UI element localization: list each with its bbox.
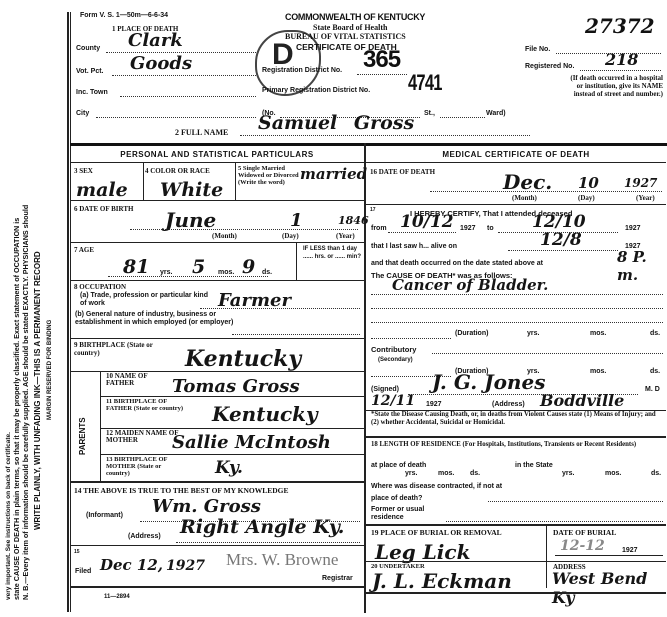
marital-label: 5 Single Married Widowed or Divorced (Wr…	[238, 165, 308, 186]
hospital-note: (If death occurred in a hospital or inst…	[565, 74, 663, 98]
attended-to-value: 12/10	[532, 212, 586, 232]
bureau-title: BUREAU OF VITAL STATISTICS	[285, 32, 406, 41]
rule	[70, 481, 364, 483]
residence-place-ds: ds.	[470, 470, 480, 478]
address-label: (Address)	[128, 533, 161, 541]
rule	[143, 162, 144, 200]
secondary-ds: ds.	[650, 368, 660, 376]
rule	[296, 242, 297, 280]
signed-date: 12/11	[371, 393, 415, 409]
burial-year: 1927	[622, 547, 638, 555]
father-birthplace-value: Kentucky	[212, 402, 318, 426]
file-no-label: File No.	[525, 46, 550, 54]
contributory-label: Contributory	[371, 346, 416, 354]
at-place-of-death-label: at place of death	[371, 462, 441, 470]
duration-ds: ds.	[650, 330, 660, 338]
medical-section-title: MEDICAL CERTIFICATE OF DEATH	[366, 150, 666, 159]
age-years: 81	[123, 256, 149, 278]
death-year-caption: (Year)	[636, 194, 655, 202]
mother-maiden-name-value: Sallie McIntosh	[172, 432, 331, 453]
mother-birthplace-value: Ky.	[215, 458, 243, 478]
city-label: City	[76, 110, 89, 118]
contributory-field[interactable]	[432, 352, 663, 354]
inc-town-field[interactable]	[120, 88, 256, 97]
disease-contracted-field[interactable]	[488, 500, 663, 502]
attended-from-label: from	[371, 225, 387, 233]
filed-year: 1927	[166, 558, 205, 574]
last-saw-label: that I last saw h... alive on	[371, 243, 457, 251]
ward-label: Ward)	[486, 110, 506, 118]
filed-item-number: 15	[74, 548, 80, 556]
duration-label: (Duration)	[455, 330, 488, 338]
in-state-label: in the State	[515, 462, 555, 470]
rule	[70, 280, 364, 281]
form-number: Form V. S. 1—50m—6-6-34	[80, 12, 168, 19]
instructions-line-3: state CAUSE OF DEATH in plain terms, so …	[12, 218, 21, 600]
rule	[366, 561, 666, 562]
informant-address-value: Right Angle Ky.	[180, 516, 344, 538]
registered-no-label: Registered No.	[525, 63, 574, 71]
reg-district-label: Registration District No.	[262, 67, 342, 75]
color-label: 4 COLOR OR RACE	[145, 167, 210, 175]
residence-place-mos: mos.	[438, 470, 454, 478]
rule	[100, 396, 364, 397]
former-residence-label: Former or usual residence	[371, 506, 441, 522]
physician-signature: J. G. Jones	[432, 370, 545, 394]
age-days: 9	[242, 256, 255, 278]
signed-year: 1927	[426, 401, 442, 409]
residence-state-mos: mos.	[605, 470, 621, 478]
board-of-health: State Board of Health	[313, 23, 387, 32]
registrar-label: Registrar	[322, 575, 353, 583]
personal-section-title: PERSONAL AND STATISTICAL PARTICULARS	[70, 150, 364, 159]
secondary-mos: mos.	[590, 368, 606, 376]
burial-place-label: 19 PLACE OF BURIAL OR REMOVAL	[371, 529, 502, 537]
county-value: Clark	[128, 30, 183, 51]
undertaker-address-value: West Bend Ky	[552, 569, 667, 607]
days-label: ds.	[262, 269, 272, 277]
mother-birthplace-label: 13 BIRTHPLACE OF MOTHER (State or countr…	[106, 456, 186, 477]
dob-label: 6 DATE OF BIRTH	[74, 205, 133, 213]
registrar-signature: Mrs. W. Browne	[226, 550, 338, 570]
form-left-border-inner	[70, 12, 71, 612]
primary-reg-label: Primary Registration District No.	[262, 87, 370, 95]
rule	[366, 524, 666, 526]
primary-reg-value: 4741	[408, 70, 442, 96]
rule	[70, 242, 364, 243]
occupation-a-label: (a) Trade, profession or particular kind…	[80, 292, 210, 308]
vot-pct-value: Goods	[130, 53, 192, 74]
form-left-border	[67, 12, 69, 612]
year-caption: (Year)	[336, 232, 355, 240]
rule	[100, 454, 364, 455]
permanent-record-line: WRITE PLAINLY, WITH UNFADING INK—THIS IS…	[33, 251, 42, 530]
occupation-label: 8 OCCUPATION	[74, 283, 126, 291]
certificate-number: 27372	[585, 14, 655, 38]
filed-label: Filed	[75, 568, 91, 576]
county-label: County	[76, 45, 100, 53]
age-months: 5	[192, 256, 205, 278]
occupation-value: Farmer	[218, 290, 291, 311]
md-label: M. D	[645, 386, 660, 394]
sex-label: 3 SEX	[74, 167, 93, 175]
death-month-caption: (Month)	[512, 194, 537, 202]
month-caption: (Month)	[212, 232, 237, 240]
father-birthplace-label: 11 BIRTHPLACE OF FATHER (State or countr…	[106, 398, 186, 412]
birthplace-label: 9 BIRTHPLACE (State or country)	[74, 341, 174, 357]
rule	[70, 545, 364, 546]
city-field[interactable]	[96, 109, 256, 118]
years-label: yrs.	[160, 269, 172, 277]
rule	[546, 526, 547, 588]
rule	[366, 592, 666, 594]
rule	[366, 162, 666, 163]
reg-district-value: 365	[363, 46, 400, 74]
death-day-caption: (Day)	[578, 194, 595, 202]
header-divider	[70, 143, 667, 146]
father-name-label: 10 NAME OF FATHER	[106, 373, 176, 387]
employer-field[interactable]	[232, 333, 360, 335]
death-year: 1927	[624, 176, 657, 190]
commonwealth-title: COMMONWEALTH OF KENTUCKY	[285, 12, 425, 22]
attended-from-value: 10/12	[400, 212, 454, 232]
rule	[70, 338, 364, 339]
residence-label: 18 LENGTH OF RESIDENCE (For Hospitals, I…	[371, 441, 663, 449]
parents-label: PARENTS	[78, 417, 87, 455]
duration-yrs: yrs.	[527, 330, 539, 338]
duration-mos: mos.	[590, 330, 606, 338]
rule	[70, 200, 364, 201]
death-time-label: and that death occurred on the date stat…	[371, 260, 543, 268]
certify-item-number: 17	[370, 206, 376, 214]
filed-date-value: Dec 12,	[100, 556, 163, 574]
residence-state-yrs: yrs.	[562, 470, 574, 478]
registered-no-value: 218	[605, 50, 638, 69]
burial-date-value: 12-12	[560, 538, 605, 554]
rule	[235, 162, 236, 200]
full-name-value: Samuel Gross	[258, 112, 414, 134]
attended-to-label: to	[487, 225, 494, 233]
instructions-line-2: N. B.—Every item of information should b…	[21, 205, 30, 600]
informant-label: (Informant)	[86, 512, 123, 520]
from-year: 1927	[460, 225, 476, 233]
informant-address-field[interactable]	[176, 541, 360, 543]
less-than-day-note: IF LESS than 1 day ...... hrs. or ......…	[303, 245, 363, 261]
burial-date-label: DATE OF BURIAL	[553, 529, 616, 537]
cause-line-3[interactable]	[371, 321, 663, 323]
age-label: 7 AGE	[74, 246, 94, 254]
birthplace-value: Kentucky	[185, 346, 301, 372]
cause-line-2[interactable]	[371, 307, 663, 309]
last-saw-value: 12/8	[540, 230, 582, 250]
dob-year: 1846	[338, 214, 369, 227]
to-year: 1927	[625, 225, 641, 233]
street-label: St.,	[424, 110, 435, 118]
rule	[366, 204, 666, 205]
physician-address-label: (Address)	[492, 401, 525, 409]
cause-of-death-value: Cancer of Bladder.	[392, 276, 548, 294]
binding-margin-note: MARGIN RESERVED FOR BINDING	[46, 320, 55, 420]
death-month: Dec.	[503, 170, 552, 194]
death-time-value: 8 P. m.	[617, 248, 667, 284]
dob-month: June	[165, 208, 216, 232]
rule	[366, 436, 666, 438]
residence-state-ds: ds.	[651, 470, 661, 478]
duration-field[interactable]	[371, 337, 451, 339]
father-name-value: Tomas Gross	[172, 376, 300, 397]
months-label: mos.	[218, 269, 234, 277]
burial-date-field[interactable]	[555, 554, 663, 556]
day-caption: (Day)	[282, 232, 299, 240]
residence-place-yrs: yrs.	[405, 470, 417, 478]
former-residence-field[interactable]	[446, 520, 663, 522]
informant-value: Wm. Gross	[152, 496, 261, 517]
rule	[70, 162, 364, 163]
sex-value: male	[76, 179, 128, 201]
vot-pct-label: Vot. Pct.	[76, 68, 103, 76]
undertaker-value: J. L. Eckman	[372, 569, 512, 593]
marital-value: married	[300, 165, 367, 183]
full-name-label: 2 FULL NAME	[175, 128, 228, 137]
date-of-death-label: 16 DATE OF DEATH	[370, 168, 435, 176]
informant-declaration: 14 THE ABOVE IS TRUE TO THE BEST OF MY K…	[74, 486, 289, 495]
rule	[70, 586, 364, 588]
dob-day: 1	[290, 210, 303, 231]
color-value: White	[160, 179, 223, 201]
ward-field[interactable]	[440, 109, 485, 118]
death-day: 10	[578, 174, 599, 192]
occupation-b-label: (b) General nature of industry, business…	[75, 311, 240, 327]
rule	[100, 371, 101, 481]
form-code: 11—2894	[104, 594, 130, 600]
disease-footnote: *State the Disease Causing Death, or, in…	[371, 411, 663, 426]
physician-address-value: Boddville	[540, 391, 624, 410]
inc-town-label: Inc. Town	[76, 89, 108, 97]
secondary-label: (Secondary)	[378, 356, 413, 364]
